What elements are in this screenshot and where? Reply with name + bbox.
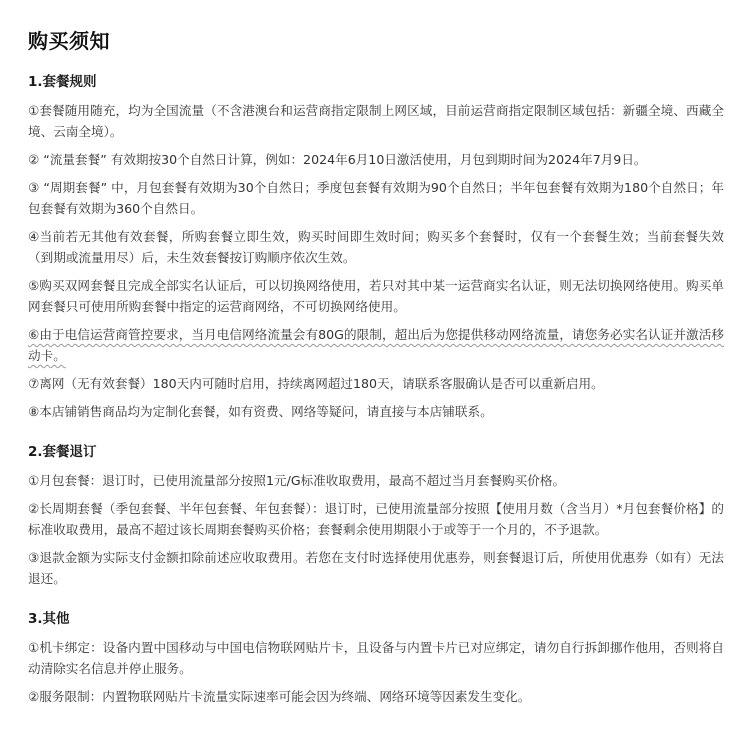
rule-item-8: ⑧本店铺销售商品均为定制化套餐，如有资费、网络等疑问，请直接与本店铺联系。	[28, 401, 724, 422]
rule-item-6-underlined: ⑥由于电信运营商管控要求，当月电信网络流量会有80G的限制，超出后为您提供移动网…	[28, 324, 724, 366]
section-heading: 2.套餐退订	[28, 442, 724, 462]
rule-item-4: ④当前若无其他有效套餐，所购套餐立即生效，购买时间即生效时间；购买多个套餐时，仅…	[28, 226, 724, 268]
other-item-2: ②服务限制：内置物联网贴片卡流量实际速率可能会因为终端、网络环境等因素发生变化。	[28, 686, 724, 707]
purchase-notice-document: 购买须知 1.套餐规则 ①套餐随用随充，均为全国流量（不含港澳台和运营商指定限制…	[28, 28, 724, 727]
rule-item-1: ①套餐随用随充，均为全国流量（不含港澳台和运营商指定限制上网区域，目前运营商指定…	[28, 100, 724, 142]
rule-item-5: ⑤购买双网套餐且完成全部实名认证后，可以切换网络使用，若只对其中某一运营商实名认…	[28, 275, 724, 317]
unsubscribe-item-1: ①月包套餐：退订时，已使用流量部分按照1元/G标准收取费用，最高不超过当月套餐购…	[28, 470, 724, 491]
unsubscribe-item-3: ③退款金额为实际支付金额扣除前述应收取费用。若您在支付时选择使用优惠券，则套餐退…	[28, 547, 724, 589]
rule-item-3: ③ “周期套餐” 中，月包套餐有效期为30个自然日；季度包套餐有效期为90个自然…	[28, 177, 724, 219]
section-heading: 1.套餐规则	[28, 72, 724, 92]
rule-item-2: ② “流量套餐” 有效期按30个自然日计算，例如：2024年6月10日激活使用，…	[28, 149, 724, 170]
other-item-1: ①机卡绑定：设备内置中国移动与中国电信物联网贴片卡，且设备与内置卡片已对应绑定，…	[28, 637, 724, 679]
section-heading: 3.其他	[28, 609, 724, 629]
unsubscribe-item-2: ②长周期套餐（季包套餐、半年包套餐、年包套餐）：退订时，已使用流量部分按照【使用…	[28, 498, 724, 540]
rule-item-7: ⑦离网（无有效套餐）180天内可随时启用，持续离网超过180天，请联系客服确认是…	[28, 373, 724, 394]
section-other: 3.其他 ①机卡绑定：设备内置中国移动与中国电信物联网贴片卡，且设备与内置卡片已…	[28, 609, 724, 707]
page-title: 购买须知	[28, 28, 724, 54]
section-package-rules: 1.套餐规则 ①套餐随用随充，均为全国流量（不含港澳台和运营商指定限制上网区域，…	[28, 72, 724, 422]
section-unsubscribe: 2.套餐退订 ①月包套餐：退订时，已使用流量部分按照1元/G标准收取费用，最高不…	[28, 442, 724, 589]
